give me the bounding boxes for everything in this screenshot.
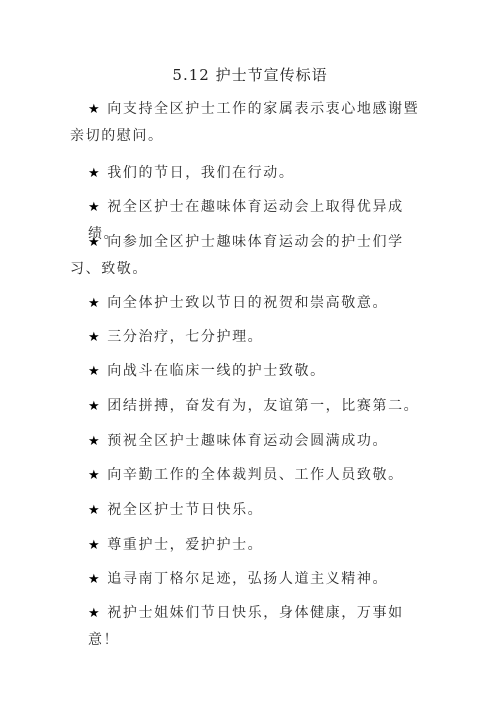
list-item-text: 我们的节日，我们在行动。: [107, 165, 294, 181]
list-item-text: 追寻南丁格尔足迹，弘扬人道主义精神。: [107, 571, 388, 587]
list-item: ★我们的节日，我们在行动。: [88, 160, 428, 187]
star-icon: ★: [88, 503, 101, 518]
list-item: ★三分治疗，七分护理。: [88, 324, 428, 351]
star-icon: ★: [88, 166, 101, 181]
list-item: ★祝护士姐妹们节日快乐，身体健康，万事如意！: [88, 600, 428, 653]
list-item-text: 向支持全区护士工作的家属表示衷心地感谢暨亲切的慰问。: [70, 101, 419, 144]
list-item: ★团结拼搏，奋发有为，友谊第一，比赛第二。: [88, 393, 428, 420]
star-icon: ★: [88, 330, 101, 345]
list-item-text: 预祝全区护士趣味体育运动会圆满成功。: [107, 433, 388, 449]
star-icon: ★: [88, 434, 101, 449]
star-icon: ★: [88, 399, 101, 414]
list-item-text: 祝护士姐妹们节日快乐，身体健康，万事如意！: [88, 605, 404, 648]
document-page: 5.12 护士节宣传标语 ★向支持全区护士工作的家属表示衷心地感谢暨亲切的慰问。…: [0, 0, 500, 707]
star-icon: ★: [88, 538, 101, 553]
star-icon: ★: [88, 606, 101, 621]
star-icon: ★: [88, 235, 101, 250]
list-item: ★向全体护士致以节日的祝贺和崇高敬意。: [88, 290, 428, 317]
list-item-text: 三分治疗，七分护理。: [107, 329, 263, 345]
star-icon: ★: [88, 296, 101, 311]
list-item: ★向参加全区护士趣味体育运动会的护士们学习、致敬。: [70, 229, 430, 282]
list-item-text: 向辛勤工作的全体裁判员、工作人员致敬。: [107, 467, 403, 483]
list-item: ★向辛勤工作的全体裁判员、工作人员致敬。: [88, 462, 428, 489]
star-icon: ★: [88, 364, 101, 379]
list-item-text: 向参加全区护士趣味体育运动会的护士们学习、致敬。: [70, 234, 404, 277]
list-item: ★向支持全区护士工作的家属表示衷心地感谢暨亲切的慰问。: [70, 96, 430, 149]
list-item-text: 团结拼搏，奋发有为，友谊第一，比赛第二。: [107, 398, 419, 414]
list-item: ★追寻南丁格尔足迹，弘扬人道主义精神。: [88, 566, 428, 593]
list-item: ★向战斗在临床一线的护士致敬。: [88, 358, 428, 385]
list-item: ★尊重护士，爱护护士。: [88, 532, 428, 559]
list-item-text: 向全体护士致以节日的祝贺和崇高敬意。: [107, 295, 388, 311]
star-icon: ★: [88, 468, 101, 483]
list-item-text: 尊重护士，爱护护士。: [107, 537, 263, 553]
list-item-text: 祝全区护士节日快乐。: [107, 502, 263, 518]
list-item-text: 向战斗在临床一线的护士致敬。: [107, 363, 325, 379]
star-icon: ★: [88, 102, 101, 117]
star-icon: ★: [88, 572, 101, 587]
page-title: 5.12 护士节宣传标语: [0, 64, 500, 85]
list-item: ★祝全区护士节日快乐。: [88, 497, 428, 524]
star-icon: ★: [88, 200, 101, 215]
list-item: ★预祝全区护士趣味体育运动会圆满成功。: [88, 428, 428, 455]
